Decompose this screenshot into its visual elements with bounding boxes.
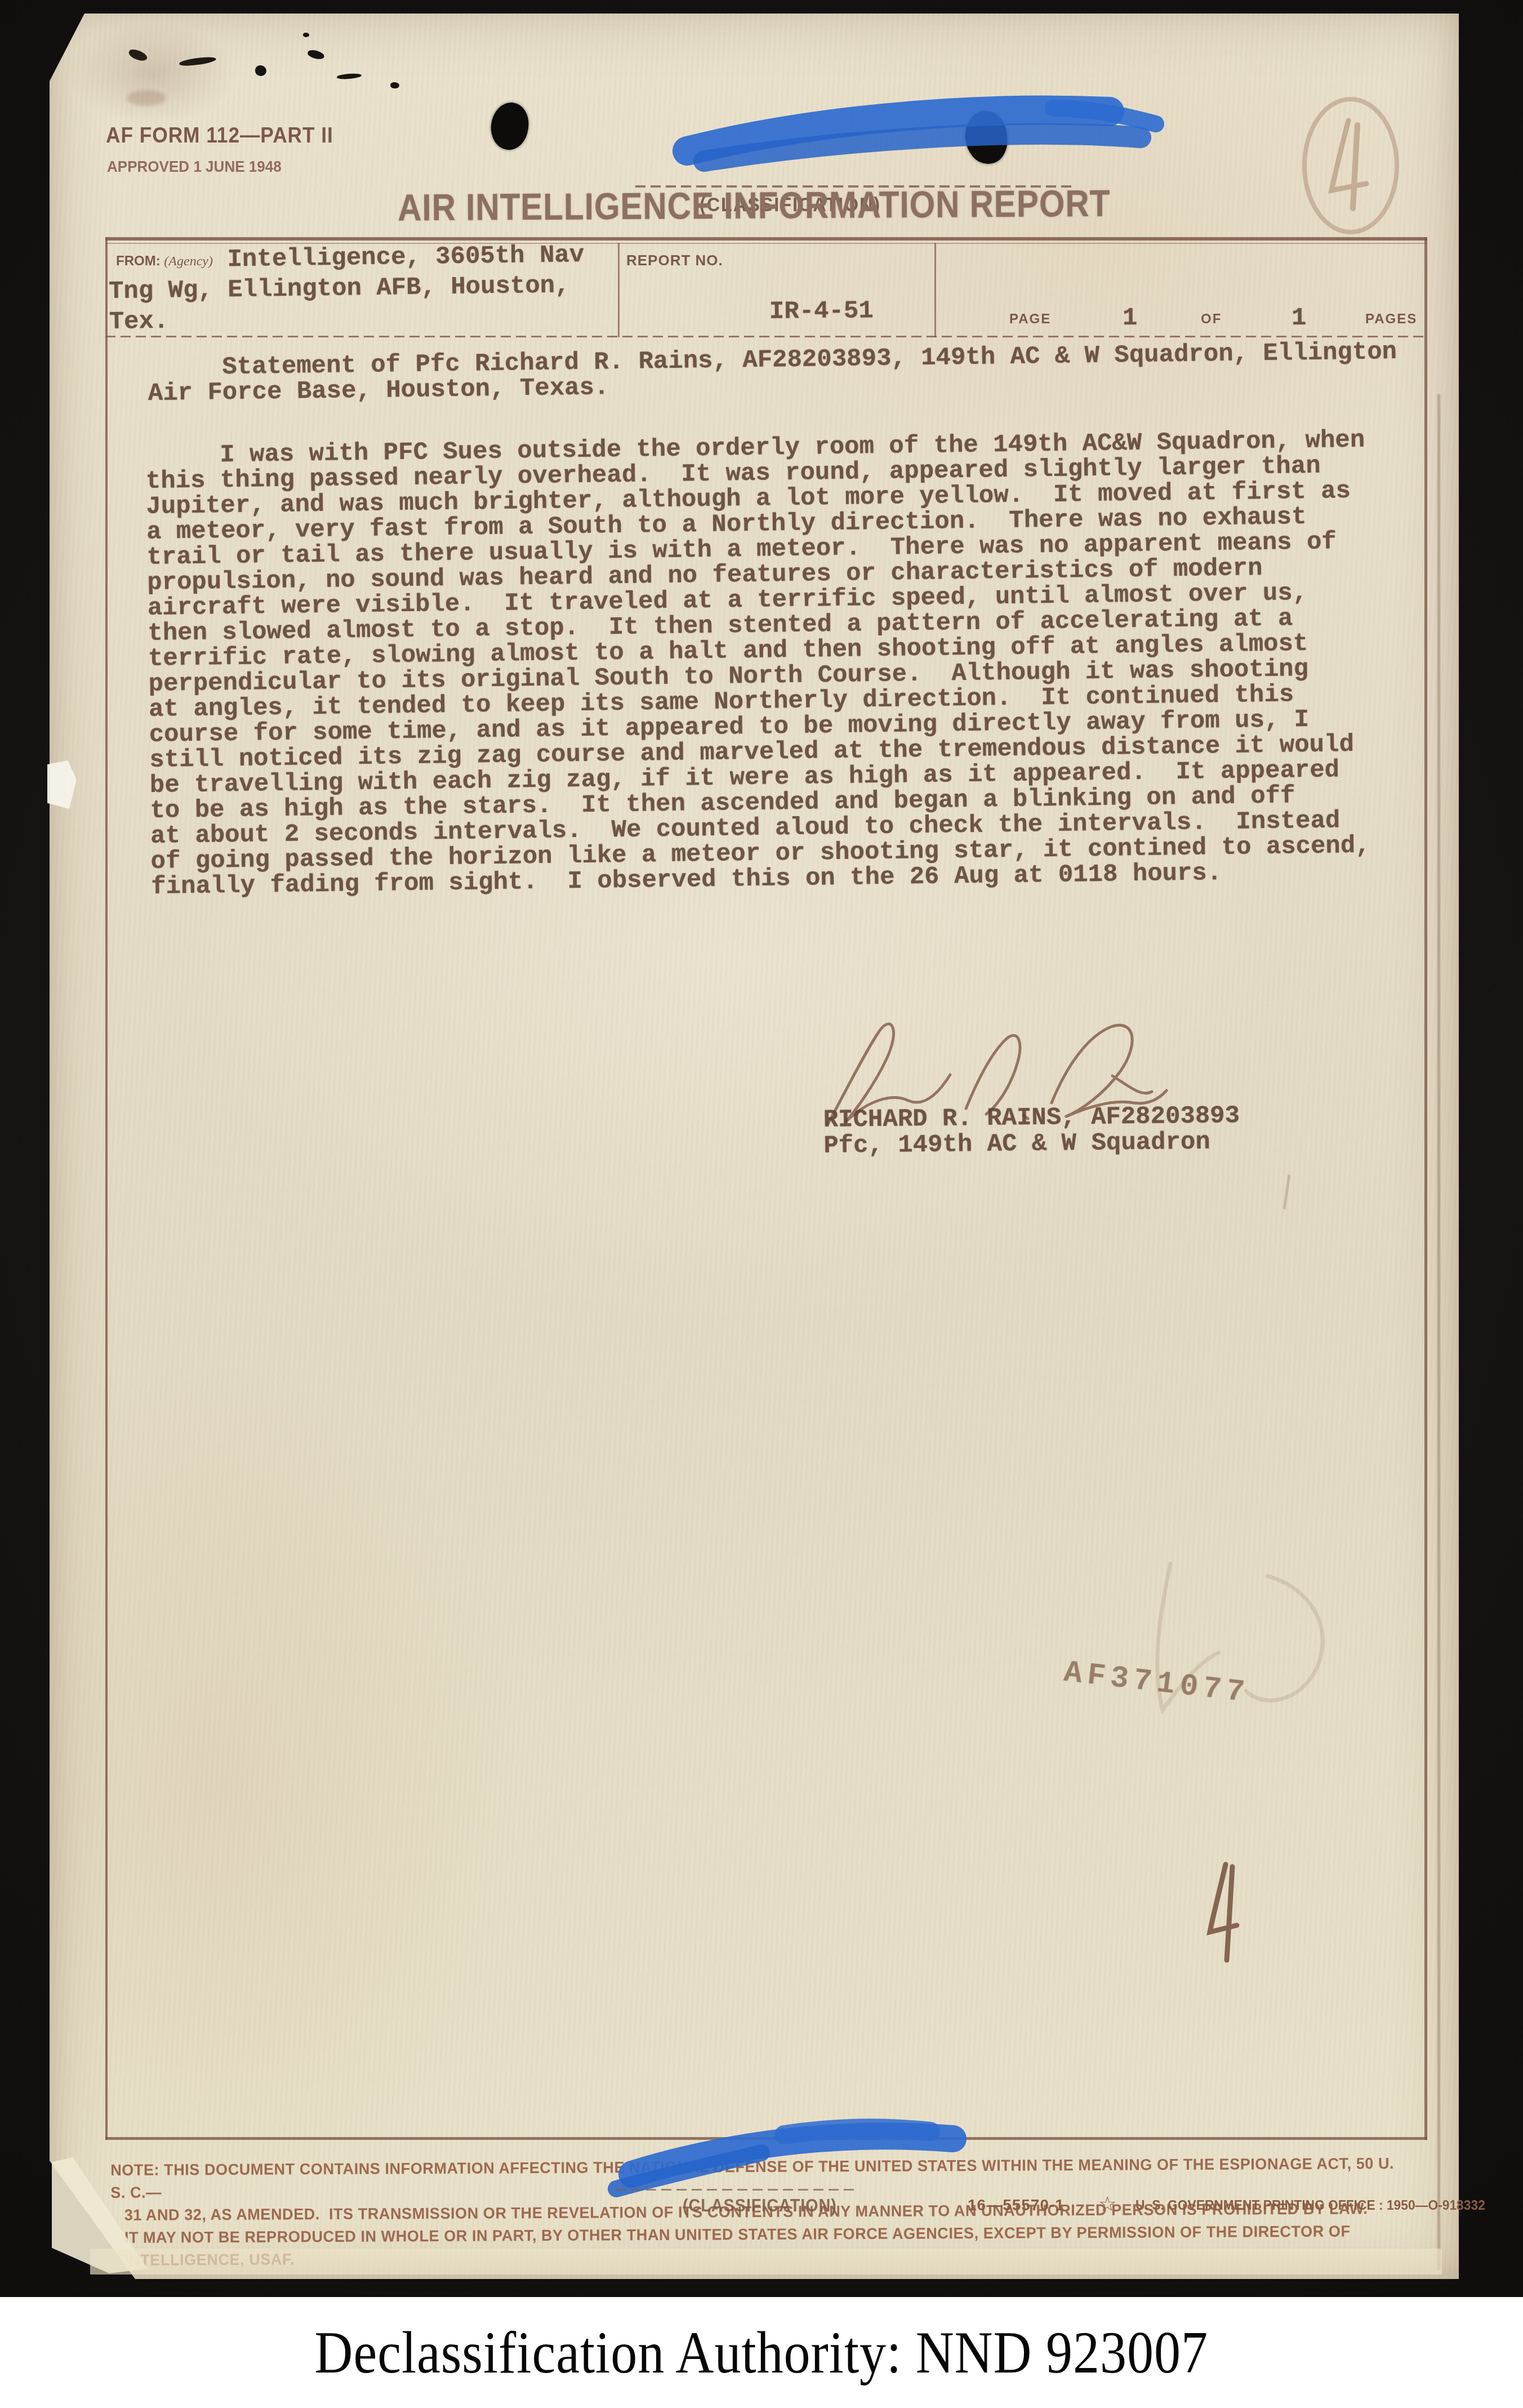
page-label: PAGE xyxy=(1009,311,1051,327)
scanned-document-view: AF FORM 112—PART II APPROVED 1 JUNE 1948… xyxy=(0,0,1523,2408)
print-office: U. S. GOVERNMENT PRINTING OFFICE : 1950—… xyxy=(1135,2198,1485,2214)
form-box-right-border xyxy=(1424,237,1427,2140)
header-divider-report-page xyxy=(934,243,936,337)
declassification-authority-text: Declassification Authority: NND 923007 xyxy=(315,2318,1209,2387)
pencil-circled-number xyxy=(1294,88,1407,240)
classification-line-bottom xyxy=(616,2189,859,2191)
header-divider-from-report xyxy=(618,243,620,337)
bottom-edge-band xyxy=(90,2249,1442,2275)
blue-marker-scribble-top xyxy=(665,89,1205,185)
document-title: AIR INTELLIGENCE INFORMATION REPORT xyxy=(398,182,1110,229)
pages-value: 1 xyxy=(1292,304,1306,332)
page-value: 1 xyxy=(1123,304,1137,332)
header-bottom-rule xyxy=(105,336,1424,337)
form-box-left-border xyxy=(105,237,108,2140)
signature-typed-block: RICHARD R. RAINS, AF28203893 Pfc, 149th … xyxy=(823,1103,1240,1159)
declassification-bar: Declassification Authority: NND 923007 xyxy=(0,2297,1523,2408)
from-value: Intelligence, 3605th Nav Tng Wg, Ellingt… xyxy=(108,240,585,337)
pages-label: PAGES xyxy=(1365,311,1417,327)
statement-body: I was with PFC Sues outside the orderly … xyxy=(145,428,1371,900)
form-box-top-border xyxy=(105,237,1427,241)
form-approved-date: APPROVED 1 JUNE 1948 xyxy=(107,158,295,176)
report-no-value: IR-4-51 xyxy=(769,297,874,326)
report-no-label: REPORT NO. xyxy=(626,252,723,269)
pencil-number-bottom xyxy=(1193,1850,1266,1968)
right-edge-crease xyxy=(1437,394,1440,2270)
of-label: OF xyxy=(1201,311,1222,327)
print-code: 16—55570-1 xyxy=(968,2196,1065,2214)
form-number: AF FORM 112—PART II xyxy=(106,124,350,148)
blue-marker-scribble-bottom xyxy=(593,2113,981,2206)
classification-label-bottom: (CLASSIFICATION) xyxy=(683,2196,848,2216)
star-icon: ☆ xyxy=(1098,2192,1116,2216)
